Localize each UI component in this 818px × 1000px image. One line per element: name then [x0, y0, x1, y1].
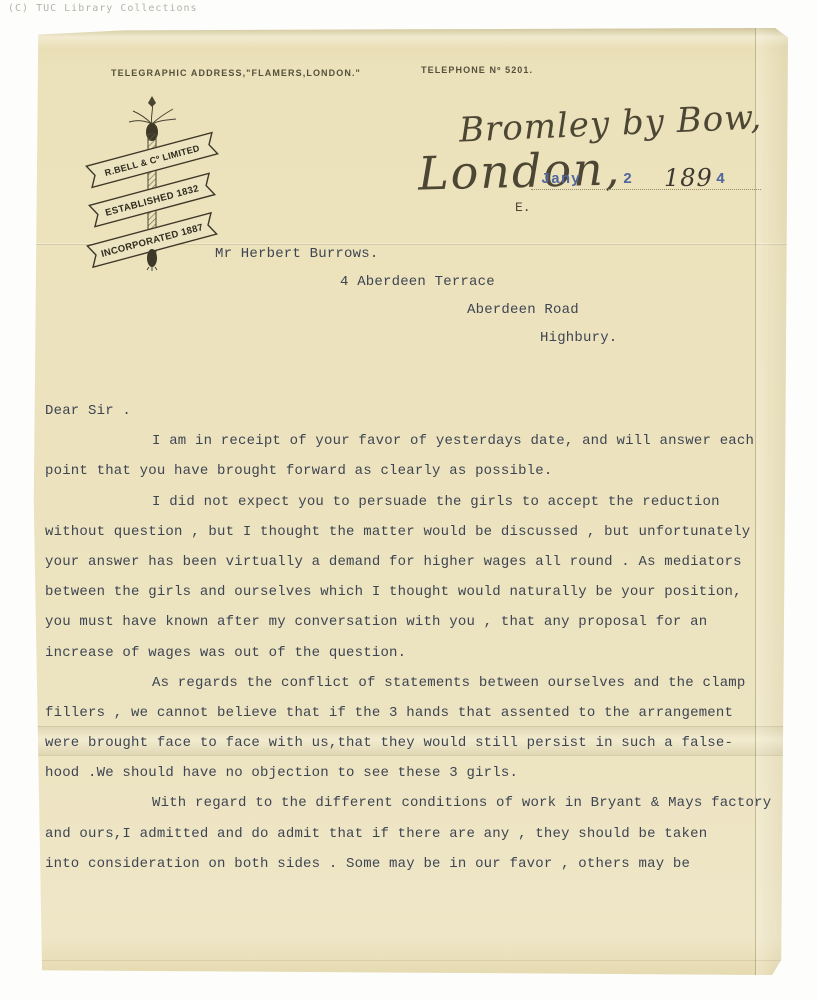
body-line: point that you have brought forward as c…	[45, 456, 783, 486]
tassel-icon	[147, 267, 157, 271]
body-line: increase of wages was out of the questio…	[45, 638, 783, 668]
letter-body: Dear Sir . I am in receipt of your favor…	[45, 396, 783, 879]
body-line: I am in receipt of your favor of yesterd…	[45, 426, 783, 456]
body-line: As regards the conflict of statements be…	[45, 668, 783, 698]
date-day: 2	[623, 171, 633, 188]
body-line: fillers , we cannot believe that if the …	[45, 698, 783, 728]
recipient-street: 4 Aberdeen Terrace	[215, 274, 617, 302]
recipient-address-block: Mr Herbert Burrows. 4 Aberdeen Terrace A…	[215, 246, 617, 358]
recipient-name: Mr Herbert Burrows.	[215, 246, 617, 274]
date-year-digit: 4	[716, 171, 726, 188]
date-month: Jany	[541, 171, 581, 188]
company-seal-logo: R.BELL & Cº LIMITED ESTABLISHED 1832 INC…	[78, 92, 228, 272]
date-year-printed: 189	[664, 164, 713, 192]
body-line: without question , but I thought the mat…	[45, 517, 783, 547]
body-line: With regard to the different conditions …	[45, 788, 783, 818]
letter-page: TELEGRAPHIC ADDRESS,"FLAMERS,LONDON." TE…	[33, 28, 788, 975]
body-line: hood .We should have no objection to see…	[45, 758, 783, 788]
recipient-road: Aberdeen Road	[215, 302, 617, 330]
salutation: Dear Sir .	[45, 396, 783, 426]
body-line: into consideration on both sides . Some …	[45, 849, 783, 879]
body-line: were brought face to face with us,that t…	[45, 728, 783, 758]
pole-base-icon	[147, 249, 157, 267]
body-line: I did not expect you to persuade the gir…	[45, 487, 783, 517]
district-label: E.	[515, 200, 531, 215]
body-line: you must have known after my conversatio…	[45, 607, 783, 637]
date-line: Jany 2 189 4	[531, 161, 761, 190]
telephone-number: TELEPHONE Nº 5201.	[421, 65, 533, 75]
recipient-district: Highbury.	[215, 330, 617, 358]
page-bottom-edge	[33, 960, 788, 961]
body-line: and ours,I admitted and do admit that if…	[45, 819, 783, 849]
finial-tip-icon	[148, 96, 156, 107]
body-line: between the girls and ourselves which I …	[45, 577, 783, 607]
body-line: your answer has been virtually a demand …	[45, 547, 783, 577]
telegraphic-address: TELEGRAPHIC ADDRESS,"FLAMERS,LONDON."	[111, 68, 361, 78]
library-watermark: (C) TUC Library Collections	[8, 3, 198, 14]
